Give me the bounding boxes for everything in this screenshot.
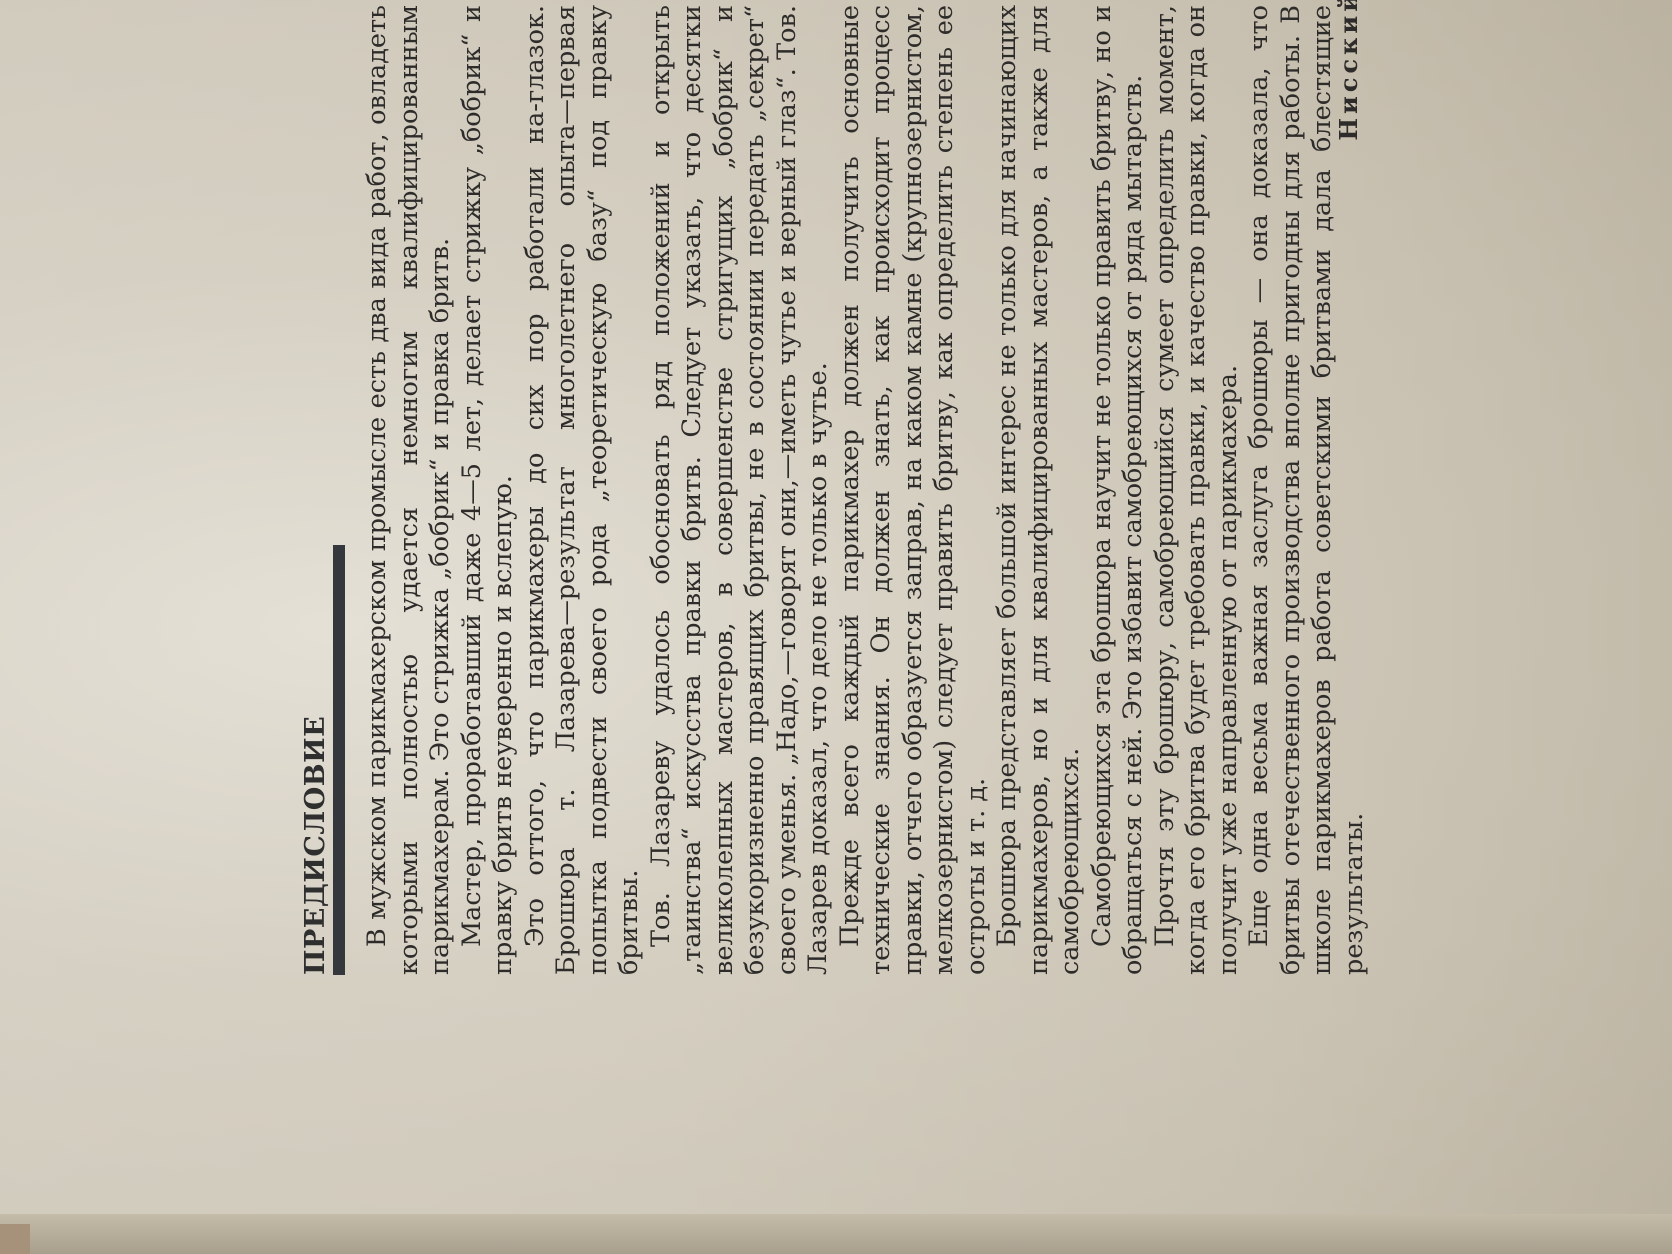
document-page: ПРЕДИСЛОВИЕ В мужском парикмахерском про… <box>300 30 1400 1030</box>
paragraph: Мастер, проработавший даже 4—5 лет, дела… <box>457 5 520 975</box>
paragraph: Тов. Лазареву удалось обосновать ряд пол… <box>646 5 835 975</box>
paragraph: В мужском парикмахерском промысле есть д… <box>362 5 457 975</box>
body-text: В мужском парикмахерском промысле есть д… <box>362 5 1370 975</box>
paragraph: Еще одна весьма важная заслуга брошюры —… <box>1244 5 1370 975</box>
paragraph: Это оттого, что парикмахеры до сих пор р… <box>520 5 646 975</box>
paragraph: Прочтя эту брошюру, самобреющийся сумеет… <box>1150 5 1245 975</box>
author-signature: Нисский <box>1334 0 1363 141</box>
page-title: ПРЕДИСЛОВИЕ <box>300 716 331 975</box>
title-block: ПРЕДИСЛОВИЕ <box>300 30 360 1030</box>
paragraph: Самобреющихся эта брошюра научит не толь… <box>1087 5 1150 975</box>
title-underline <box>333 545 345 975</box>
paragraph: Прежде всего каждый парикмахер должен по… <box>835 5 993 975</box>
page-edge <box>0 1214 1672 1254</box>
paragraph: Брошюра представляет большой интерес не … <box>992 5 1087 975</box>
